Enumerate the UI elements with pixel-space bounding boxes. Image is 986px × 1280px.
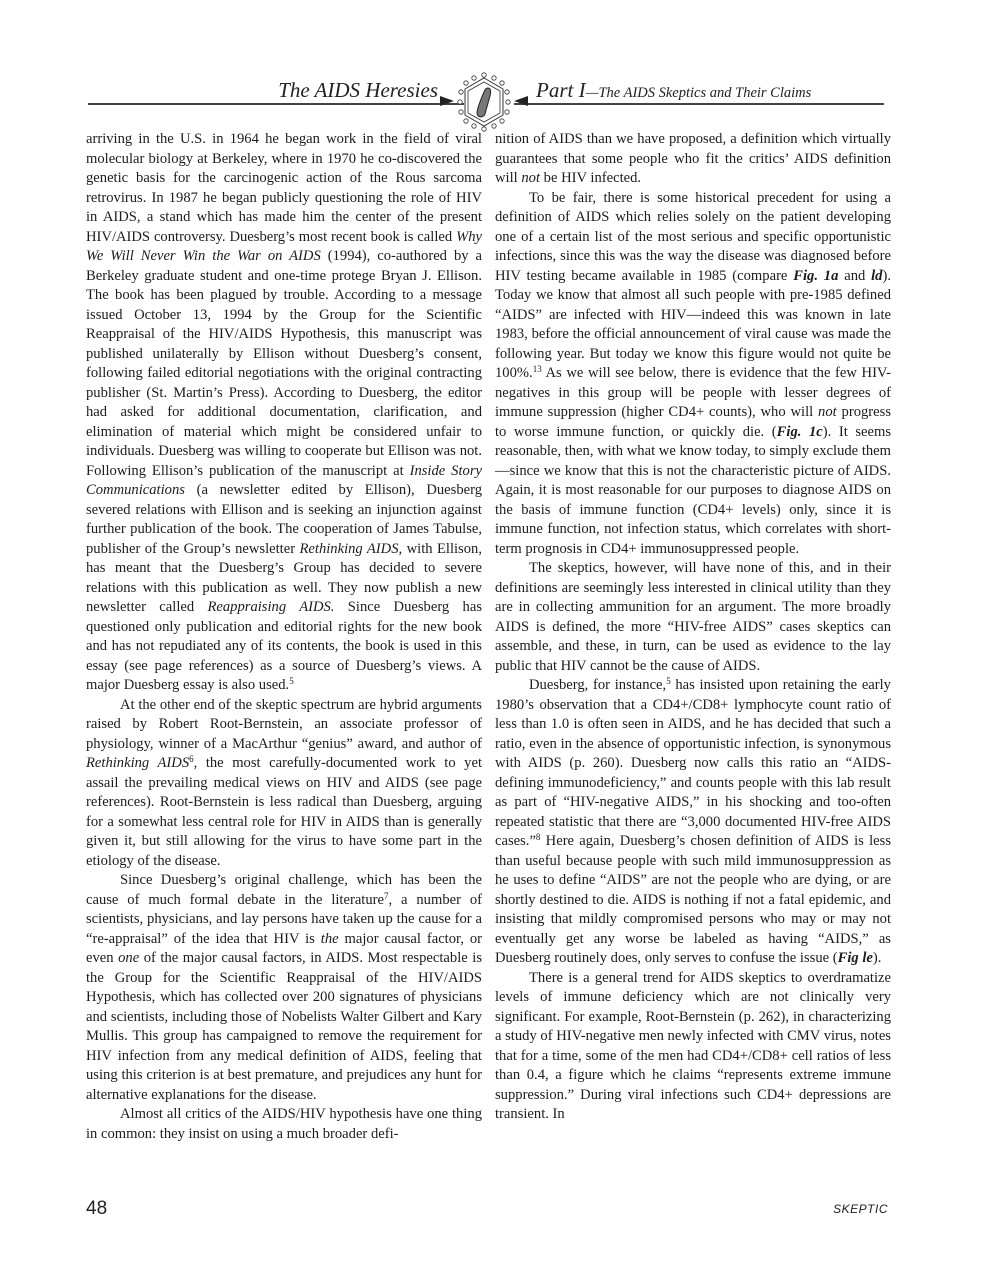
emphasis-text: not (521, 170, 540, 186)
running-header: The AIDS Heresies Part I—The AIDS Skepti… (88, 72, 884, 132)
emphasis-text: ld (871, 268, 882, 284)
paragraph: Duesberg, for instance,5 has insisted up… (495, 676, 891, 969)
text-segment: Here again, Duesberg’s chosen definition… (495, 833, 891, 966)
text-segment: Almost all critics of the AIDS/HIV hypot… (86, 1106, 482, 1142)
right-column: nition of AIDS than we have proposed, a … (495, 130, 891, 1125)
emphasis-text: Fig. 1c (777, 424, 823, 440)
text-segment: Duesberg, for instance, (529, 677, 666, 693)
emphasis-text: Rethinking AIDS, (300, 541, 403, 557)
text-segment: and (838, 268, 871, 284)
paragraph: To be fair, there is some historical pre… (495, 189, 891, 560)
emphasis-text: Fig le (838, 950, 873, 966)
header-book-title: The AIDS Heresies (278, 78, 438, 103)
emphasis-text: Reappraising AIDS. (207, 599, 334, 615)
text-segment: ). It seems reasonable, then, with what … (495, 424, 891, 557)
text-segment: The skeptics, however, will have none of… (495, 560, 891, 674)
text-segment: (1994), co-authored by a Berkeley gradua… (86, 248, 482, 479)
footnote-ref: 5 (289, 676, 294, 686)
emphasis-text: Fig. 1a (793, 268, 838, 284)
text-segment: be HIV infected. (540, 170, 641, 186)
paragraph: nition of AIDS than we have proposed, a … (495, 130, 891, 189)
paragraph: At the other end of the skeptic spectrum… (86, 696, 482, 872)
paragraph: There is a general trend for AIDS skepti… (495, 969, 891, 1125)
page-number: 48 (86, 1198, 107, 1220)
footnote-ref: 13 (533, 364, 542, 374)
arrow-left-icon (514, 96, 528, 106)
text-segment: , the most carefully-documented work to … (86, 755, 482, 869)
text-segment: has insisted upon retaining the early 19… (495, 677, 891, 849)
text-segment: ). (873, 950, 882, 966)
text-segment: There is a general trend for AIDS skepti… (495, 970, 891, 1123)
emphasis-text: not (818, 404, 837, 420)
text-segment: arriving in the U.S. in 1964 he began wo… (86, 131, 482, 245)
arrow-right-icon (440, 96, 454, 106)
header-part-subtitle: —The AIDS Skeptics and Their Claims (586, 85, 812, 101)
header-rule-left (88, 103, 464, 105)
emphasis-text: one (118, 950, 139, 966)
text-segment: At the other end of the skeptic spectrum… (86, 697, 482, 752)
header-rule-right (514, 103, 884, 105)
magazine-name: SKEPTIC (833, 1202, 888, 1216)
text-segment: of the major causal factors, in AIDS. Mo… (86, 950, 482, 1103)
paragraph: arriving in the U.S. in 1964 he began wo… (86, 130, 482, 696)
virus-emblem-icon (457, 72, 511, 132)
header-part-label: Part I (536, 78, 586, 102)
text-segment: ). Today we know that almost all such pe… (495, 268, 891, 382)
paragraph: Almost all critics of the AIDS/HIV hypot… (86, 1105, 482, 1144)
left-column: arriving in the U.S. in 1964 he began wo… (86, 130, 482, 1144)
header-section-title: Part I—The AIDS Skeptics and Their Claim… (536, 78, 811, 103)
paragraph: The skeptics, however, will have none of… (495, 559, 891, 676)
emphasis-text: Rethinking AIDS (86, 755, 189, 771)
emphasis-text: the (321, 931, 339, 947)
paragraph: Since Duesberg’s original challenge, whi… (86, 871, 482, 1105)
